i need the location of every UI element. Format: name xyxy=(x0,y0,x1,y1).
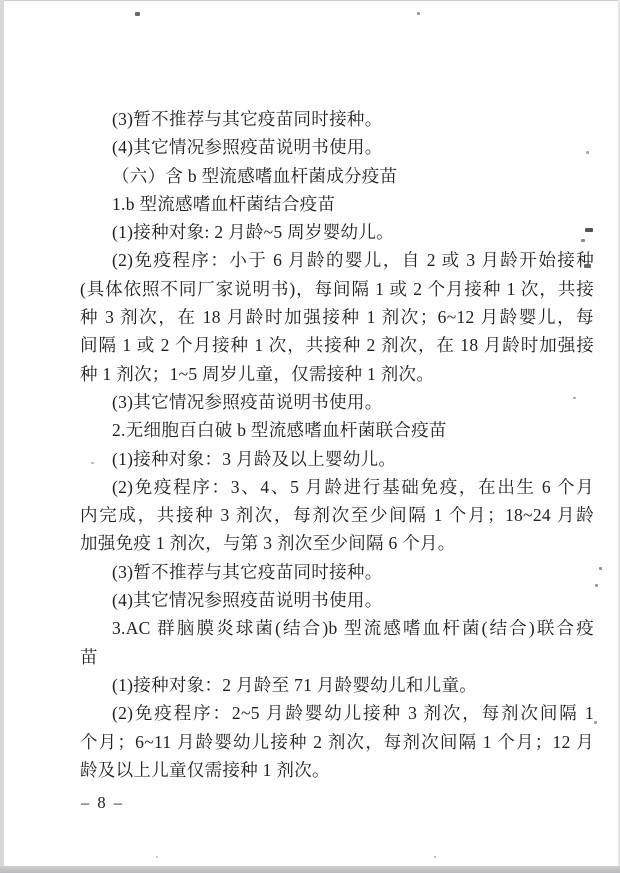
scan-speck xyxy=(584,264,591,268)
document-line: 种 3 剂次，在 18 月龄时加强接种 1 剂次；6~12 月龄婴儿，每 xyxy=(80,303,594,331)
document-line: (2)免疫程序：2~5 月龄婴幼儿接种 3 剂次，每剂次间隔 1 xyxy=(80,699,594,727)
document-line: (4)其它情况参照疫苗说明书使用。 xyxy=(80,133,594,161)
scan-speck xyxy=(594,721,597,724)
scan-speck xyxy=(156,856,158,858)
scan-speck xyxy=(135,12,140,16)
document-line: (3)其它情况参照疫苗说明书使用。 xyxy=(80,388,594,416)
document-line: (1)接种对象: 2 月龄~5 周岁婴幼儿。 xyxy=(80,218,594,246)
document-line: (2)免疫程序：3、4、5 月龄进行基础免疫，在出生 6 个月 xyxy=(80,473,594,501)
document-body: (3)暂不推荐与其它疫苗同时接种。(4)其它情况参照疫苗说明书使用。（六）含 b… xyxy=(80,105,594,784)
document-line: 2.无细胞百白破 b 型流感嗜血杆菌联合疫苗 xyxy=(80,416,594,444)
document-line: (4)其它情况参照疫苗说明书使用。 xyxy=(80,586,594,614)
document-line: 个月；6~11 月龄婴幼儿接种 2 剂次，每剂次间隔 1 个月；12 月 xyxy=(80,728,594,756)
scan-speck xyxy=(595,584,598,587)
page-number: – 8 – xyxy=(81,793,124,813)
document-line: 苗 xyxy=(80,643,594,671)
scan-speck xyxy=(91,462,94,464)
scan-edge-top xyxy=(0,0,620,1)
document-line: 加强免疫 1 剂次，与第 3 剂次至少间隔 6 个月。 xyxy=(80,529,594,557)
document-line: 间隔 1 或 2 个月接种 1 次，共接种 2 剂次，在 18 月龄时加强接 xyxy=(80,331,594,359)
document-line: (1)接种对象：2 月龄至 71 月龄婴幼儿和儿童。 xyxy=(80,671,594,699)
scan-edge-left xyxy=(0,0,4,873)
document-line: （六）含 b 型流感嗜血杆菌成分疫苗 xyxy=(80,162,594,190)
scan-speck xyxy=(417,12,420,15)
document-line: 1.b 型流感嗜血杆菌结合疫苗 xyxy=(80,190,594,218)
scan-speck xyxy=(573,397,576,399)
document-line: 种 1 剂次；1~5 周岁儿童，仅需接种 1 剂次。 xyxy=(80,360,594,388)
scanner-bottom-bar xyxy=(0,866,620,873)
document-line: (3)暂不推荐与其它疫苗同时接种。 xyxy=(80,558,594,586)
document-page: (3)暂不推荐与其它疫苗同时接种。(4)其它情况参照疫苗说明书使用。（六）含 b… xyxy=(0,0,620,873)
document-line: 3.AC 群脑膜炎球菌(结合)b 型流感嗜血杆菌(结合)联合疫 xyxy=(80,614,594,642)
scan-speck xyxy=(434,856,436,858)
document-line: 内完成，共接种 3 剂次，每剂次至少间隔 1 个月；18~24 月龄 xyxy=(80,501,594,529)
document-line: (1)接种对象：3 月龄及以上婴幼儿。 xyxy=(80,445,594,473)
document-line: (3)暂不推荐与其它疫苗同时接种。 xyxy=(80,105,594,133)
document-line: (2)免疫程序：小于 6 月龄的婴儿，自 2 或 3 月龄开始接种 xyxy=(80,246,594,274)
document-line: (具体依照不同厂家说明书)，每间隔 1 或 2 个月接种 1 次，共接 xyxy=(80,275,594,303)
scan-speck xyxy=(585,228,593,232)
document-line: 龄及以上儿童仅需接种 1 剂次。 xyxy=(80,756,594,784)
scan-speck xyxy=(586,151,589,154)
scan-speck xyxy=(581,239,585,242)
scan-speck xyxy=(599,567,602,570)
